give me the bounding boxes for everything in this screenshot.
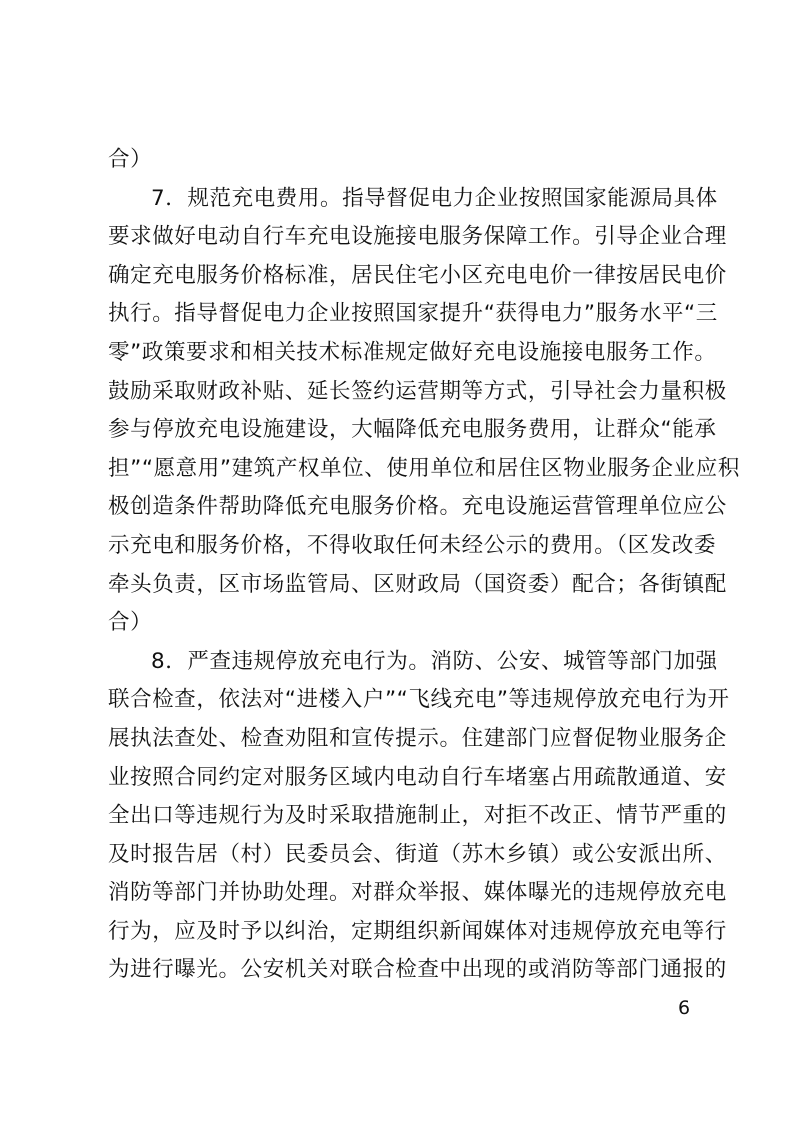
item-8-heading-line: 8．严查违规停放充电行为。消防、公安、城管等部门加强 xyxy=(108,643,718,682)
text-line: 及时报告居（村）民委员会、街道（苏木乡镇）或公安派出所、 xyxy=(108,836,718,875)
text-line: 牵头负责，区市场监管局、区财政局（国资委）配合；各街镇配 xyxy=(108,566,718,605)
text-line: 合） xyxy=(108,141,718,180)
text-line: 要求做好电动自行车充电设施接电服务保障工作。引导企业合理 xyxy=(108,218,718,257)
text-line: 联合检查，依法对“进楼入户”“飞线充电”等违规停放充电行为开 xyxy=(108,681,718,720)
text-line: 确定充电服务价格标准，居民住宅小区充电电价一律按居民电价 xyxy=(108,257,718,296)
text-line: 业按照合同约定对服务区域内电动自行车堵塞占用疏散通道、安 xyxy=(108,759,718,798)
page-number: 6 xyxy=(678,996,690,1020)
text-line: 合） xyxy=(108,604,718,643)
text-line: 执行。指导督促电力企业按照国家提升“获得电力”服务水平“三 xyxy=(108,295,718,334)
text-line: 消防等部门并协助处理。对群众举报、媒体曝光的违规停放充电 xyxy=(108,874,718,913)
text-line: 全出口等违规行为及时采取措施制止，对拒不改正、情节严重的 xyxy=(108,797,718,836)
text-line: 极创造条件帮助降低充电服务价格。充电设施运营管理单位应公 xyxy=(108,488,718,527)
document-page: 合） 7．规范充电费用。指导督促电力企业按照国家能源局具体 要求做好电动自行车充… xyxy=(0,0,793,1122)
text-line: 鼓励采取财政补贴、延长签约运营期等方式，引导社会力量积极 xyxy=(108,373,718,412)
text-line: 担”“愿意用”建筑产权单位、使用单位和居住区物业服务企业应积 xyxy=(108,450,718,489)
item-7-heading-line: 7．规范充电费用。指导督促电力企业按照国家能源局具体 xyxy=(108,180,718,219)
text-line: 行为，应及时予以纠治，定期组织新闻媒体对违规停放充电等行 xyxy=(108,913,718,952)
body-text: 合） 7．规范充电费用。指导督促电力企业按照国家能源局具体 要求做好电动自行车充… xyxy=(108,141,718,990)
text-line: 示充电和服务价格，不得收取任何未经公示的费用。（区发改委 xyxy=(108,527,718,566)
text-line: 展执法查处、检查劝阻和宣传提示。住建部门应督促物业服务企 xyxy=(108,720,718,759)
text-line: 为进行曝光。公安机关对联合检查中出现的或消防等部门通报的 xyxy=(108,951,718,990)
text-line: 参与停放充电设施建设，大幅降低充电服务费用，让群众“能承 xyxy=(108,411,718,450)
text-line: 零”政策要求和相关技术标准规定做好充电设施接电服务工作。 xyxy=(108,334,718,373)
